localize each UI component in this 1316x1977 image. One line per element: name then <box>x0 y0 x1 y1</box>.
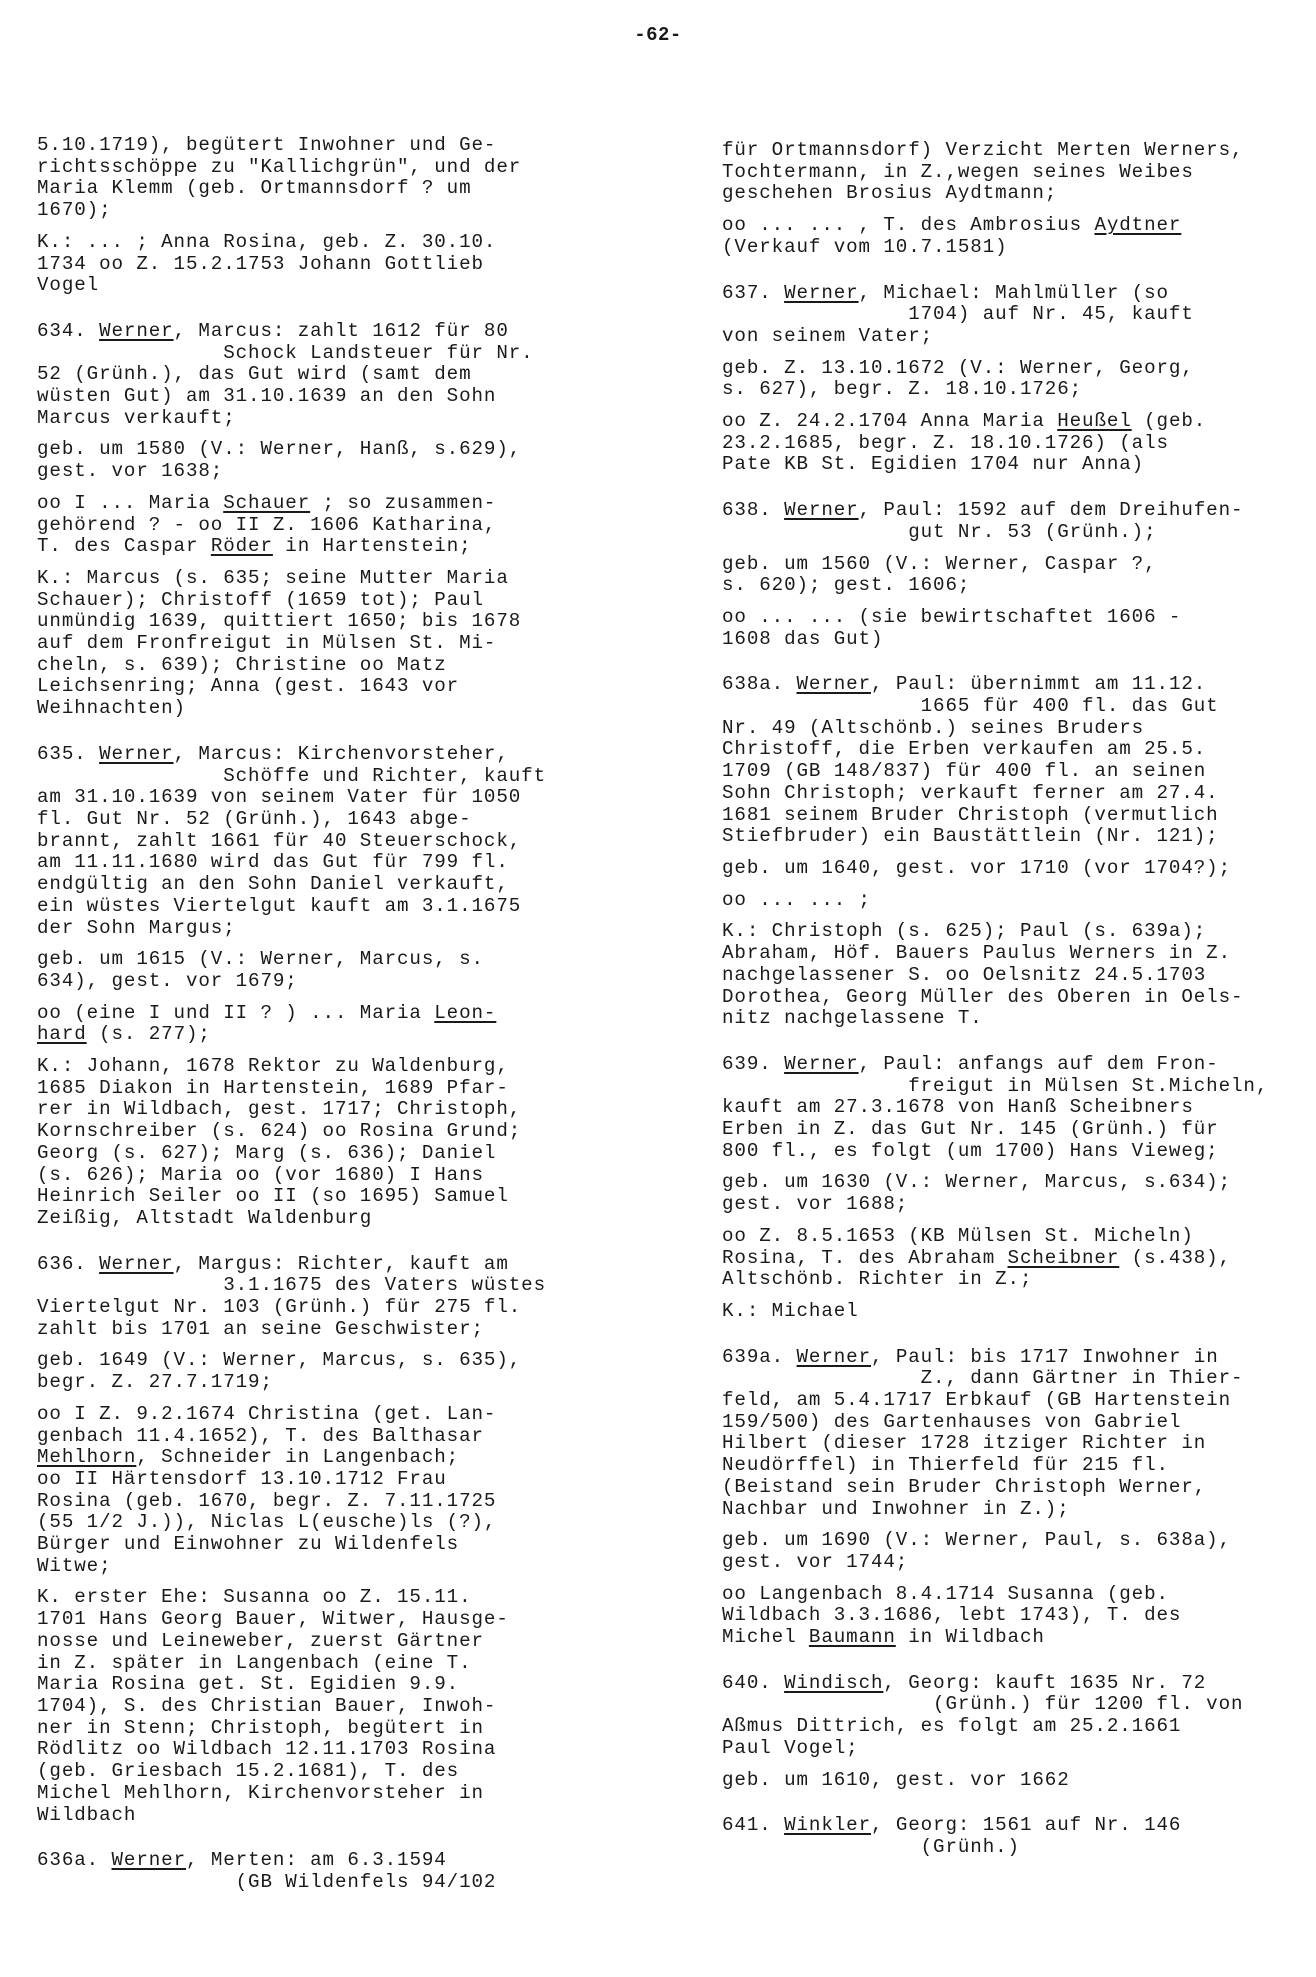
paragraph: 5.10.1719), begütert Inwohner und Ge-ric… <box>37 135 637 222</box>
text-line: oo I ... Maria Schauer ; so zusammen- <box>37 493 637 515</box>
text-line: oo I Z. 9.2.1674 Christina (get. Lan- <box>37 1404 637 1426</box>
text-line: 23.2.1685, begr. Z. 18.10.1726) (als <box>722 433 1316 455</box>
text-line: Marcus verkauft; <box>37 408 637 430</box>
underlined-surname: Werner <box>784 282 859 304</box>
text-segment: Zeißig, Altstadt Waldenburg <box>37 1207 372 1229</box>
text-line: (geb. Griesbach 15.2.1681), T. des <box>37 1761 637 1783</box>
text-segment: rer in Wildbach, gest. 1717; Christoph, <box>37 1098 521 1120</box>
text-line: Wildbach <box>37 1805 637 1827</box>
text-segment: K.: Johann, 1678 Rektor zu Waldenburg, <box>37 1055 509 1077</box>
text-segment: oo I Z. 9.2.1674 Christina (get. Lan- <box>37 1403 496 1425</box>
text-line: 638. Werner, Paul: 1592 auf dem Dreihufe… <box>722 500 1316 522</box>
text-line: 637. Werner, Michael: Mahlmüller (so <box>722 283 1316 305</box>
text-line: 52 (Grünh.), das Gut wird (samt dem <box>37 364 637 386</box>
text-line: am 11.11.1680 wird das Gut für 799 fl. <box>37 852 637 874</box>
text-segment: 637. <box>722 282 784 304</box>
paragraph: K.: Marcus (s. 635; seine Mutter MariaSc… <box>37 568 637 720</box>
text-segment: Witwe; <box>37 1555 112 1577</box>
text-line: Witwe; <box>37 1556 637 1578</box>
text-segment: 1670); <box>37 199 112 221</box>
text-line: feld, am 5.4.1717 Erbkauf (GB Hartenstei… <box>722 1390 1316 1412</box>
text-segment: Nachbar und Inwohner in Z.); <box>722 1498 1070 1520</box>
text-line: der Sohn Margus; <box>37 918 637 940</box>
text-segment: Rödlitz oo Wildbach 12.11.1703 Rosina <box>37 1738 496 1760</box>
text-segment: unmündig 1639, quittiert 1650; bis 1678 <box>37 610 521 632</box>
text-segment: s. 627), begr. Z. 18.10.1726; <box>722 378 1082 400</box>
text-segment: Dorothea, Georg Müller des Oberen in Oel… <box>722 986 1243 1008</box>
text-segment: oo Langenbach 8.4.1714 Susanna (geb. <box>722 1583 1169 1605</box>
text-line: Schock Landsteuer für Nr. <box>37 343 637 365</box>
text-line: gest. vor 1638; <box>37 461 637 483</box>
text-line: (s. 626); Maria oo (vor 1680) I Hans <box>37 1165 637 1187</box>
text-line: 1608 das Gut) <box>722 629 1316 651</box>
text-line: (GB Wildenfels 94/102 <box>37 1872 637 1894</box>
text-line: geb. 1649 (V.: Werner, Marcus, s. 635), <box>37 1350 637 1372</box>
underlined-surname: Werner <box>797 1346 872 1368</box>
paragraph: K.: Michael <box>722 1301 1316 1323</box>
text-line: 636a. Werner, Merten: am 6.3.1594 <box>37 1850 637 1872</box>
text-segment: in Z. später in Langenbach (eine T. <box>37 1652 472 1674</box>
text-segment: Erben in Z. das Gut Nr. 145 (Grünh.) für <box>722 1118 1219 1140</box>
text-segment: Neudörffel) in Thierfeld für 215 fl. <box>722 1454 1169 1476</box>
text-segment: 638. <box>722 499 784 521</box>
paragraph: 641. Winkler, Georg: 1561 auf Nr. 146 (G… <box>722 1815 1316 1858</box>
text-line: Erben in Z. das Gut Nr. 145 (Grünh.) für <box>722 1119 1316 1141</box>
text-segment: , Paul: übernimmt am 11.12. <box>871 673 1206 695</box>
text-line: s. 627), begr. Z. 18.10.1726; <box>722 379 1316 401</box>
text-segment: Wildbach 3.3.1686, lebt 1743), T. des <box>722 1604 1181 1626</box>
text-line: in Z. später in Langenbach (eine T. <box>37 1653 637 1675</box>
text-line: K.: ... ; Anna Rosina, geb. Z. 30.10. <box>37 232 637 254</box>
text-segment: Nr. 49 (Altschönb.) seines Bruders <box>722 717 1144 739</box>
text-line: 639. Werner, Paul: anfangs auf dem Fron- <box>722 1054 1316 1076</box>
text-segment: , Marcus: zahlt 1612 für 80 <box>174 320 509 342</box>
text-segment: geb. um 1610, gest. vor 1662 <box>722 1769 1070 1791</box>
underlined-surname: Aydtner <box>1094 214 1181 236</box>
paragraph: 636a. Werner, Merten: am 6.3.1594 (GB Wi… <box>37 1850 637 1893</box>
text-segment: K.: ... ; Anna Rosina, geb. Z. 30.10. <box>37 231 496 253</box>
text-line: oo ... ... (sie bewirtschaftet 1606 - <box>722 607 1316 629</box>
text-line: 641. Winkler, Georg: 1561 auf Nr. 146 <box>722 1815 1316 1837</box>
text-segment: 800 fl., es folgt (um 1700) Hans Vieweg; <box>722 1140 1219 1162</box>
text-line: oo ... ... , T. des Ambrosius Aydtner <box>722 215 1316 237</box>
paragraph: 635. Werner, Marcus: Kirchenvorsteher, S… <box>37 744 637 939</box>
text-segment: Stiefbruder) ein Baustättlein (Nr. 121); <box>722 825 1219 847</box>
text-line: Viertelgut Nr. 103 (Grünh.) für 275 fl. <box>37 1297 637 1319</box>
text-segment: , Georg: 1561 auf Nr. 146 <box>871 1814 1181 1836</box>
paragraph: für Ortmannsdorf) Verzicht Merten Werner… <box>722 140 1316 205</box>
text-segment: Hilbert (dieser 1728 itziger Richter in <box>722 1432 1206 1454</box>
text-line: für Ortmannsdorf) Verzicht Merten Werner… <box>722 140 1316 162</box>
text-segment: (s. 626); Maria oo (vor 1680) I Hans <box>37 1164 484 1186</box>
text-line: Aßmus Dittrich, es folgt am 25.2.1661 <box>722 1716 1316 1738</box>
text-line: Georg (s. 627); Marg (s. 636); Daniel <box>37 1143 637 1165</box>
underlined-surname: Werner <box>99 1253 174 1275</box>
underlined-surname: Scheibner <box>1008 1247 1120 1269</box>
text-line: (55 1/2 J.)), Niclas L(eusche)ls (?), <box>37 1512 637 1534</box>
text-segment: cheln, s. 639); Christine oo Matz <box>37 654 447 676</box>
text-line: 3.1.1675 des Vaters wüstes <box>37 1275 637 1297</box>
text-line: oo II Härtensdorf 13.10.1712 Frau <box>37 1469 637 1491</box>
underlined-surname: Werner <box>784 499 859 521</box>
text-line: K. erster Ehe: Susanna oo Z. 15.11. <box>37 1587 637 1609</box>
text-segment: freigut in Mülsen St.Micheln, <box>722 1075 1268 1097</box>
text-segment: Z., dann Gärtner in Thier- <box>722 1367 1243 1389</box>
text-line: geb. um 1580 (V.: Werner, Hanß, s.629), <box>37 439 637 461</box>
text-segment: 23.2.1685, begr. Z. 18.10.1726) (als <box>722 432 1169 454</box>
paragraph: oo (eine I und II ? ) ... Maria Leon-har… <box>37 1003 637 1046</box>
text-segment: Schöffe und Richter, kauft <box>37 765 546 787</box>
underlined-surname: Heußel <box>1057 410 1132 432</box>
text-segment: 5.10.1719), begütert Inwohner und Ge- <box>37 134 496 156</box>
text-segment: (geb. Griesbach 15.2.1681), T. des <box>37 1760 459 1782</box>
text-segment: endgültig an den Sohn Daniel verkauft, <box>37 873 509 895</box>
text-line: gest. vor 1744; <box>722 1552 1316 1574</box>
text-segment: (Grünh.) <box>722 1836 1020 1858</box>
text-line: von seinem Vater; <box>722 326 1316 348</box>
text-line: oo Z. 8.5.1653 (KB Mülsen St. Micheln) <box>722 1226 1316 1248</box>
text-segment: geschehen Brosius Aydtmann; <box>722 182 1057 204</box>
underlined-surname: Schauer <box>223 492 310 514</box>
text-line: 640. Windisch, Georg: kauft 1635 Nr. 72 <box>722 1673 1316 1695</box>
text-line: Zeißig, Altstadt Waldenburg <box>37 1208 637 1230</box>
text-segment: gest. vor 1638; <box>37 460 223 482</box>
text-segment: Kornschreiber (s. 624) oo Rosina Grund; <box>37 1120 521 1142</box>
text-line: Heinrich Seiler oo II (so 1695) Samuel <box>37 1186 637 1208</box>
right-column: für Ortmannsdorf) Verzicht Merten Werner… <box>722 140 1316 1869</box>
text-line: oo Langenbach 8.4.1714 Susanna (geb. <box>722 1584 1316 1606</box>
text-line: Abraham, Höf. Bauers Paulus Werners in Z… <box>722 943 1316 965</box>
paragraph: geb. 1649 (V.: Werner, Marcus, s. 635),b… <box>37 1350 637 1393</box>
text-segment: richtsschöppe zu "Kallichgrün", und der <box>37 156 521 178</box>
text-segment: geb. Z. 13.10.1672 (V.: Werner, Georg, <box>722 357 1194 379</box>
text-line: geb. um 1615 (V.: Werner, Marcus, s. <box>37 949 637 971</box>
paragraph: K.: Christoph (s. 625); Paul (s. 639a);A… <box>722 921 1316 1030</box>
text-segment: Schock Landsteuer für Nr. <box>37 342 534 364</box>
text-segment: Aßmus Dittrich, es folgt am 25.2.1661 <box>722 1715 1181 1737</box>
text-line: Weihnachten) <box>37 698 637 720</box>
text-segment: Altschönb. Richter in Z.; <box>722 1268 1032 1290</box>
text-line: gut Nr. 53 (Grünh.); <box>722 522 1316 544</box>
underlined-surname: Baumann <box>809 1626 896 1648</box>
text-segment: Leichsenring; Anna (gest. 1643 vor <box>37 675 459 697</box>
text-segment: 1709 (GB 148/837) für 400 fl. an seinen <box>722 760 1206 782</box>
text-segment: 3.1.1675 des Vaters wüstes <box>37 1274 546 1296</box>
text-line: K.: Michael <box>722 1301 1316 1323</box>
text-line: ner in Stenn; Christoph, begütert in <box>37 1718 637 1740</box>
text-line: Rosina, T. des Abraham Scheibner (s.438)… <box>722 1248 1316 1270</box>
underlined-surname: Werner <box>112 1849 187 1871</box>
paragraph: geb. um 1580 (V.: Werner, Hanß, s.629),g… <box>37 439 637 482</box>
text-line: 639a. Werner, Paul: bis 1717 Inwohner in <box>722 1347 1316 1369</box>
text-segment: 635. <box>37 743 99 765</box>
text-line: Bürger und Einwohner zu Wildenfels <box>37 1534 637 1556</box>
text-line: geb. um 1610, gest. vor 1662 <box>722 1770 1316 1792</box>
text-line: wüsten Gut) am 31.10.1639 an den Sohn <box>37 386 637 408</box>
text-line: gest. vor 1688; <box>722 1194 1316 1216</box>
text-line: Nachbar und Inwohner in Z.); <box>722 1499 1316 1521</box>
text-segment: , Georg: kauft 1635 Nr. 72 <box>883 1672 1206 1694</box>
text-line: Sohn Christoph; verkauft ferner am 27.4. <box>722 783 1316 805</box>
text-line: T. des Caspar Röder in Hartenstein; <box>37 536 637 558</box>
text-segment: , Merten: am 6.3.1594 <box>186 1849 447 1871</box>
underlined-surname: hard <box>37 1023 87 1045</box>
text-segment: , Paul: 1592 auf dem Dreihufen- <box>859 499 1244 521</box>
underlined-surname: Röder <box>211 535 273 557</box>
text-line: (Grünh.) <box>722 1837 1316 1859</box>
paragraph: 639. Werner, Paul: anfangs auf dem Fron-… <box>722 1054 1316 1163</box>
text-segment: genbach 11.4.1652), T. des Balthasar <box>37 1425 484 1447</box>
text-line: 5.10.1719), begütert Inwohner und Ge- <box>37 135 637 157</box>
text-segment: 1608 das Gut) <box>722 628 883 650</box>
text-segment: geb. um 1580 (V.: Werner, Hanß, s.629), <box>37 438 521 460</box>
text-segment: oo Z. 8.5.1653 (KB Mülsen St. Micheln) <box>722 1225 1194 1247</box>
paragraph: K.: ... ; Anna Rosina, geb. Z. 30.10.173… <box>37 232 637 297</box>
text-segment: K.: Michael <box>722 1300 859 1322</box>
text-line: Paul Vogel; <box>722 1738 1316 1760</box>
text-segment: von seinem Vater; <box>722 325 933 347</box>
text-segment: ner in Stenn; Christoph, begütert in <box>37 1717 484 1739</box>
text-line: auf dem Fronfreigut in Mülsen St. Mi- <box>37 633 637 655</box>
text-segment: am 31.10.1639 von seinem Vater für 1050 <box>37 786 521 808</box>
text-segment: 639a. <box>722 1346 797 1368</box>
text-segment: geb. um 1630 (V.: Werner, Marcus, s.634)… <box>722 1171 1231 1193</box>
paragraph: oo ... ... ; <box>722 890 1316 912</box>
text-line: oo (eine I und II ? ) ... Maria Leon- <box>37 1003 637 1025</box>
text-segment: zahlt bis 1701 an seine Geschwister; <box>37 1318 484 1340</box>
text-segment: ; so zusammen- <box>310 492 496 514</box>
text-line: Hilbert (dieser 1728 itziger Richter in <box>722 1433 1316 1455</box>
text-segment: K.: Marcus (s. 635; seine Mutter Maria <box>37 567 509 589</box>
paragraph: oo Z. 8.5.1653 (KB Mülsen St. Micheln)Ro… <box>722 1226 1316 1291</box>
text-line: brannt, zahlt 1661 für 40 Steuerschock, <box>37 831 637 853</box>
text-segment: oo ... ... , T. des Ambrosius <box>722 214 1094 236</box>
text-segment: 634. <box>37 320 99 342</box>
text-line: 1704) auf Nr. 45, kauft <box>722 304 1316 326</box>
text-segment: gut Nr. 53 (Grünh.); <box>722 521 1157 543</box>
text-line: Z., dann Gärtner in Thier- <box>722 1368 1316 1390</box>
text-line: unmündig 1639, quittiert 1650; bis 1678 <box>37 611 637 633</box>
text-segment: 639. <box>722 1053 784 1075</box>
text-segment: Christoff, die Erben verkaufen am 25.5. <box>722 738 1206 760</box>
paragraph: oo Langenbach 8.4.1714 Susanna (geb.Wild… <box>722 1584 1316 1649</box>
text-line: 1704), S. des Christian Bauer, Inwoh- <box>37 1696 637 1718</box>
text-line: 1709 (GB 148/837) für 400 fl. an seinen <box>722 761 1316 783</box>
text-line: 634), gest. vor 1679; <box>37 971 637 993</box>
text-line: Mehlhorn, Schneider in Langenbach; <box>37 1447 637 1469</box>
text-line: (Beistand sein Bruder Christoph Werner, <box>722 1477 1316 1499</box>
text-line: Schöffe und Richter, kauft <box>37 766 637 788</box>
text-line: Maria Klemm (geb. Ortmannsdorf ? um <box>37 178 637 200</box>
paragraph: oo I ... Maria Schauer ; so zusammen-geh… <box>37 493 637 558</box>
text-line: Dorothea, Georg Müller des Oberen in Oel… <box>722 987 1316 1009</box>
text-segment: 159/500) des Gartenhauses von Gabriel <box>722 1411 1181 1433</box>
text-segment: 1681 seinem Bruder Christoph (vermutlich <box>722 804 1219 826</box>
text-segment: 1704) auf Nr. 45, kauft <box>722 303 1194 325</box>
text-segment: 638a. <box>722 673 797 695</box>
text-line: K.: Christoph (s. 625); Paul (s. 639a); <box>722 921 1316 943</box>
text-segment: geb. um 1560 (V.: Werner, Caspar ?, <box>722 553 1157 575</box>
paragraph: geb. um 1560 (V.: Werner, Caspar ?,s. 62… <box>722 554 1316 597</box>
text-line: K.: Johann, 1678 Rektor zu Waldenburg, <box>37 1056 637 1078</box>
text-segment: 636a. <box>37 1849 112 1871</box>
text-line: geb. Z. 13.10.1672 (V.: Werner, Georg, <box>722 358 1316 380</box>
text-segment: oo ... ... (sie bewirtschaftet 1606 - <box>722 606 1181 628</box>
text-line: (Verkauf vom 10.7.1581) <box>722 237 1316 259</box>
text-segment: kauft am 27.3.1678 von Hanß Scheibners <box>722 1096 1194 1118</box>
text-line: Nr. 49 (Altschönb.) seines Bruders <box>722 718 1316 740</box>
text-segment: geb. um 1640, gest. vor 1710 (vor 1704?)… <box>722 857 1231 879</box>
text-segment: 636. <box>37 1253 99 1275</box>
text-segment: Georg (s. 627); Marg (s. 636); Daniel <box>37 1142 496 1164</box>
text-line: ein wüstes Viertelgut kauft am 3.1.1675 <box>37 896 637 918</box>
text-segment: der Sohn Margus; <box>37 917 236 939</box>
text-line: gehörend ? - oo II Z. 1606 Katharina, <box>37 515 637 537</box>
text-line: geb. um 1560 (V.: Werner, Caspar ?, <box>722 554 1316 576</box>
underlined-surname: Winkler <box>784 1814 871 1836</box>
text-segment: (Beistand sein Bruder Christoph Werner, <box>722 1476 1206 1498</box>
text-segment: 1734 oo Z. 15.2.1753 Johann Gottlieb <box>37 253 484 275</box>
text-line: oo ... ... ; <box>722 890 1316 912</box>
text-segment: nitz nachgelassene T. <box>722 1007 983 1029</box>
text-line: K.: Marcus (s. 635; seine Mutter Maria <box>37 568 637 590</box>
text-segment: Maria Rosina get. St. Egidien 9.9. <box>37 1673 459 1695</box>
text-segment: am 11.11.1680 wird das Gut für 799 fl. <box>37 851 509 873</box>
paragraph: 638a. Werner, Paul: übernimmt am 11.12. … <box>722 674 1316 848</box>
text-line: endgültig an den Sohn Daniel verkauft, <box>37 874 637 896</box>
text-segment: Pate KB St. Egidien 1704 nur Anna) <box>722 453 1144 475</box>
paragraph: 638. Werner, Paul: 1592 auf dem Dreihufe… <box>722 500 1316 543</box>
text-segment: Wildbach <box>37 1804 136 1826</box>
text-segment: s. 620); gest. 1606; <box>722 574 970 596</box>
text-line: 1670); <box>37 200 637 222</box>
entry-separator <box>722 269 1316 283</box>
text-segment: 1704), S. des Christian Bauer, Inwoh- <box>37 1695 496 1717</box>
text-segment: (s. 277); <box>87 1023 211 1045</box>
text-segment: Viertelgut Nr. 103 (Grünh.) für 275 fl. <box>37 1296 521 1318</box>
text-line: Rosina (geb. 1670, begr. Z. 7.11.1725 <box>37 1491 637 1513</box>
text-segment: K.: Christoph (s. 625); Paul (s. 639a); <box>722 920 1206 942</box>
text-segment: Bürger und Einwohner zu Wildenfels <box>37 1533 459 1555</box>
text-segment: , Margus: Richter, kauft am <box>174 1253 509 1275</box>
paragraph: K.: Johann, 1678 Rektor zu Waldenburg,16… <box>37 1056 637 1230</box>
text-segment: oo II Härtensdorf 13.10.1712 Frau <box>37 1468 447 1490</box>
paragraph: geb. um 1615 (V.: Werner, Marcus, s.634)… <box>37 949 637 992</box>
paragraph: geb. Z. 13.10.1672 (V.: Werner, Georg,s.… <box>722 358 1316 401</box>
text-segment: 1665 für 400 fl. das Gut <box>722 695 1219 717</box>
text-line: (Grünh.) für 1200 fl. von <box>722 1694 1316 1716</box>
page-number: -62- <box>0 24 1316 46</box>
text-segment: Rosina (geb. 1670, begr. Z. 7.11.1725 <box>37 1490 496 1512</box>
text-segment: , Paul: anfangs auf dem Fron- <box>859 1053 1219 1075</box>
paragraph: geb. um 1630 (V.: Werner, Marcus, s.634)… <box>722 1172 1316 1215</box>
text-line: Wildbach 3.3.1686, lebt 1743), T. des <box>722 1605 1316 1627</box>
text-line: 1681 seinem Bruder Christoph (vermutlich <box>722 805 1316 827</box>
entry-separator <box>37 307 637 321</box>
text-segment: 640. <box>722 1672 784 1694</box>
text-line: Pate KB St. Egidien 1704 nur Anna) <box>722 454 1316 476</box>
text-line: begr. Z. 27.7.1719; <box>37 1372 637 1394</box>
text-line: 159/500) des Gartenhauses von Gabriel <box>722 1412 1316 1434</box>
text-segment: 634), gest. vor 1679; <box>37 970 298 992</box>
text-line: 634. Werner, Marcus: zahlt 1612 für 80 <box>37 321 637 343</box>
text-line: 638a. Werner, Paul: übernimmt am 11.12. <box>722 674 1316 696</box>
paragraph: 637. Werner, Michael: Mahlmüller (so 170… <box>722 283 1316 348</box>
entry-separator <box>722 486 1316 500</box>
text-segment: (Verkauf vom 10.7.1581) <box>722 236 1008 258</box>
text-segment: fl. Gut Nr. 52 (Grünh.), 1643 abge- <box>37 808 472 830</box>
text-line: zahlt bis 1701 an seine Geschwister; <box>37 1319 637 1341</box>
text-segment: Tochtermann, in Z.,wegen seines Weibes <box>722 161 1194 183</box>
text-segment: auf dem Fronfreigut in Mülsen St. Mi- <box>37 632 496 654</box>
text-line: Stiefbruder) ein Baustättlein (Nr. 121); <box>722 826 1316 848</box>
text-segment: 641. <box>722 1814 784 1836</box>
text-segment: Abraham, Höf. Bauers Paulus Werners in Z… <box>722 942 1231 964</box>
text-line: oo Z. 24.2.1704 Anna Maria Heußel (geb. <box>722 411 1316 433</box>
text-line: Schauer); Christoff (1659 tot); Paul <box>37 590 637 612</box>
text-line: freigut in Mülsen St.Micheln, <box>722 1076 1316 1098</box>
text-line: s. 620); gest. 1606; <box>722 575 1316 597</box>
underlined-surname: Windisch <box>784 1672 883 1694</box>
text-segment: nachgelassener S. oo Oelsnitz 24.5.1703 <box>722 964 1206 986</box>
text-segment: Schauer); Christoff (1659 tot); Paul <box>37 589 484 611</box>
text-line: Christoff, die Erben verkaufen am 25.5. <box>722 739 1316 761</box>
text-segment: oo Z. 24.2.1704 Anna Maria <box>722 410 1057 432</box>
paragraph: oo Z. 24.2.1704 Anna Maria Heußel (geb.2… <box>722 411 1316 476</box>
paragraph: geb. um 1690 (V.: Werner, Paul, s. 638a)… <box>722 1530 1316 1573</box>
text-segment: gest. vor 1744; <box>722 1551 908 1573</box>
text-segment: Vogel <box>37 274 99 296</box>
text-segment: , Paul: bis 1717 Inwohner in <box>871 1346 1219 1368</box>
text-line: am 31.10.1639 von seinem Vater für 1050 <box>37 787 637 809</box>
text-segment: (geb. <box>1132 410 1207 432</box>
text-segment: 1701 Hans Georg Bauer, Witwer, Hausge- <box>37 1608 509 1630</box>
text-segment: geb. um 1690 (V.: Werner, Paul, s. 638a)… <box>722 1529 1231 1551</box>
text-segment: T. des Caspar <box>37 535 211 557</box>
text-segment: , Marcus: Kirchenvorsteher, <box>174 743 509 765</box>
paragraph: oo ... ... (sie bewirtschaftet 1606 -160… <box>722 607 1316 650</box>
text-segment: brannt, zahlt 1661 für 40 Steuerschock, <box>37 830 521 852</box>
text-line: 1665 für 400 fl. das Gut <box>722 696 1316 718</box>
paragraph: 640. Windisch, Georg: kauft 1635 Nr. 72 … <box>722 1673 1316 1760</box>
text-line: Leichsenring; Anna (gest. 1643 vor <box>37 676 637 698</box>
text-segment: Rosina, T. des Abraham <box>722 1247 1008 1269</box>
text-line: Tochtermann, in Z.,wegen seines Weibes <box>722 162 1316 184</box>
text-line: geb. um 1640, gest. vor 1710 (vor 1704?)… <box>722 858 1316 880</box>
entry-separator <box>37 1836 637 1850</box>
paragraph: oo ... ... , T. des Ambrosius Aydtner(Ve… <box>722 215 1316 258</box>
text-line: 1734 oo Z. 15.2.1753 Johann Gottlieb <box>37 254 637 276</box>
text-segment: Marcus verkauft; <box>37 407 236 429</box>
text-segment: oo (eine I und II ? ) ... Maria <box>37 1002 434 1024</box>
text-segment: (55 1/2 J.)), Niclas L(eusche)ls (?), <box>37 1511 496 1533</box>
text-segment: geb. um 1615 (V.: Werner, Marcus, s. <box>37 948 484 970</box>
entry-separator <box>722 1659 1316 1673</box>
text-line: richtsschöppe zu "Kallichgrün", und der <box>37 157 637 179</box>
paragraph: 634. Werner, Marcus: zahlt 1612 für 80 S… <box>37 321 637 430</box>
text-line: Michel Mehlhorn, Kirchenvorsteher in <box>37 1783 637 1805</box>
paragraph: 636. Werner, Margus: Richter, kauft am 3… <box>37 1254 637 1341</box>
text-line: nachgelassener S. oo Oelsnitz 24.5.1703 <box>722 965 1316 987</box>
text-segment: für Ortmannsdorf) Verzicht Merten Werner… <box>722 139 1243 161</box>
text-line: Neudörffel) in Thierfeld für 215 fl. <box>722 1455 1316 1477</box>
text-segment: Michel <box>722 1626 809 1648</box>
text-segment: , Schneider in Langenbach; <box>136 1446 459 1468</box>
text-segment: ein wüstes Viertelgut kauft am 3.1.1675 <box>37 895 521 917</box>
text-segment: Paul Vogel; <box>722 1737 859 1759</box>
underlined-surname: Werner <box>784 1053 859 1075</box>
text-segment: K. erster Ehe: Susanna oo Z. 15.11. <box>37 1586 472 1608</box>
